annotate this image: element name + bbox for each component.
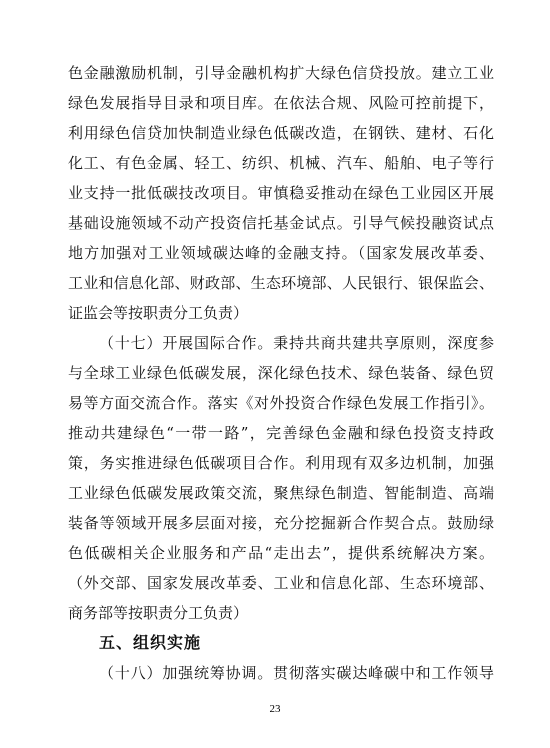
paragraph-line: 与全球工业绿色低碳发展，深化绿色技术、绿色装备、绿色贸 [68, 358, 494, 388]
paragraph-line: 化工、有色金属、轻工、纺织、机械、汽车、船舶、电子等行 [68, 148, 494, 178]
paragraph-line: 利用绿色信贷加快制造业绿色低碳改造，在钢铁、建材、石化 [68, 118, 494, 148]
section-heading: 五、组织实施 [99, 628, 201, 658]
paragraph-line: 装备等领域开展多层面对接，充分挖掘新合作契合点。鼓励绿 [68, 508, 494, 538]
paragraph-first-line: （十八）加强统筹协调。贯彻落实碳达峰碳中和工作领导 [99, 658, 494, 688]
paragraph-line: 业支持一批低碳技改项目。审慎稳妥推动在绿色工业园区开展 [68, 178, 494, 208]
paragraph-line: 地方加强对工业领域碳达峰的金融支持。（国家发展改革委、 [68, 238, 494, 268]
paragraph-line: 工业和信息化部、财政部、生态环境部、人民银行、银保监会、 [68, 268, 494, 298]
paragraph-line: 工业绿色低碳发展政策交流，聚焦绿色制造、智能制造、高端 [68, 478, 494, 508]
paragraph-line: 策，务实推进绿色低碳项目合作。利用现有双多边机制，加强 [68, 448, 494, 478]
paragraph-first-line: （十七）开展国际合作。秉持共商共建共享原则，深度参 [99, 328, 494, 358]
paragraph-line: 推动共建绿色“一带一路”，完善绿色金融和绿色投资支持政 [68, 418, 494, 448]
document-page: 色金融激励机制，引导金融机构扩大绿色信贷投放。建立工业 绿色发展指导目录和项目库… [0, 0, 550, 748]
paragraph-line: 色低碳相关企业服务和产品“走出去”，提供系统解决方案。 [68, 538, 494, 568]
paragraph-line: 证监会等按职责分工负责） [68, 298, 494, 328]
paragraph-line: 商务部等按职责分工负责） [68, 598, 494, 628]
paragraph-line: 色金融激励机制，引导金融机构扩大绿色信贷投放。建立工业 [68, 58, 494, 88]
paragraph-line: （外交部、国家发展改革委、工业和信息化部、生态环境部、 [68, 568, 494, 598]
paragraph-line: 绿色发展指导目录和项目库。在依法合规、风险可控前提下， [68, 88, 494, 118]
paragraph-line: 基础设施领域不动产投资信托基金试点。引导气候投融资试点 [68, 208, 494, 238]
paragraph-line: 易等方面交流合作。落实《对外投资合作绿色发展工作指引》。 [68, 388, 494, 418]
page-number: 23 [0, 703, 550, 715]
